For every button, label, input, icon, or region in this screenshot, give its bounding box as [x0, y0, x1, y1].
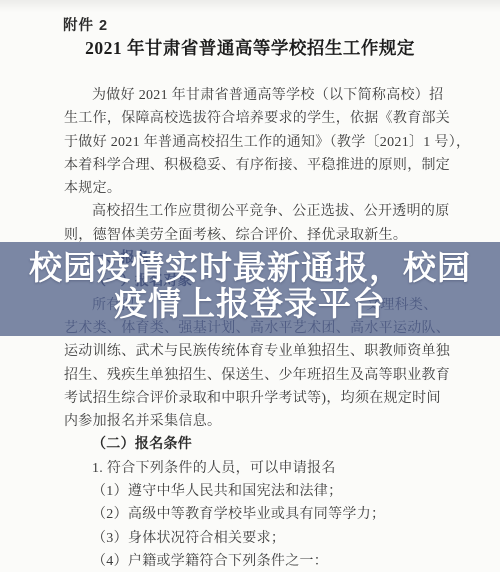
banner-line-1: 校园疫情实时最新通报，校园: [0, 250, 500, 286]
doc-line: 招生、残疾生单独招生、保送生、少年班招生及高等职业教育: [64, 364, 444, 387]
document-title: 2021 年甘肃省普通高等学校招生工作规定: [0, 35, 500, 60]
doc-line: 本着科学合理、积极稳妥、有序衔接、平稳推进的原则，制定: [64, 154, 444, 177]
doc-line: 内参加报名并采集信息。: [64, 410, 444, 433]
doc-line: 本规定。: [64, 177, 444, 200]
doc-line: 运动训练、武术与民族传统体育专业单独招生、职教师资单独: [64, 340, 444, 363]
doc-line: 高校招生工作应贯彻公平竞争、公正选拔、公开透明的原: [64, 200, 444, 223]
doc-line: 1. 符合下列条件的人员，可以申请报名: [64, 457, 444, 480]
doc-line: （2）高级中等教育学校毕业或具有同等学力；: [64, 503, 444, 526]
doc-line: 考试招生综合评价录取和中职升学考试等)，均须在规定时间: [64, 387, 444, 410]
doc-line: 为做好 2021 年甘肃省普通高等学校（以下简称高校）招: [64, 84, 444, 107]
doc-line: 则，德智体美劳全面考核、综合评价、择优录取新生。: [64, 224, 444, 247]
doc-line: （1）遵守中华人民共和国宪法和法律；: [64, 480, 444, 503]
doc-line: （4）户籍或学籍符合下列条件之一：: [64, 550, 444, 572]
overlay-banner[interactable]: 校园疫情实时最新通报，校园 疫情上报登录平台: [0, 250, 500, 322]
doc-line: 于做好 2021 年普通高校招生工作的通知》（教学〔2021〕1 号），: [64, 131, 444, 154]
doc-line: （二）报名条件: [64, 433, 444, 456]
doc-line: 生工作，保障高校选拔符合培养要求的学生，依据《教育部关: [64, 107, 444, 130]
banner-line-2: 疫情上报登录平台: [0, 286, 500, 322]
document-body: 为做好 2021 年甘肃省普通高等学校（以下简称高校）招生工作，保障高校选拔符合…: [64, 84, 444, 572]
doc-line: （3）身体状况符合相关要求；: [64, 527, 444, 550]
document-page: 附件 2 2021 年甘肃省普通高等学校招生工作规定 为做好 2021 年甘肃省…: [0, 0, 500, 572]
attachment-label: 附件 2: [63, 14, 108, 35]
